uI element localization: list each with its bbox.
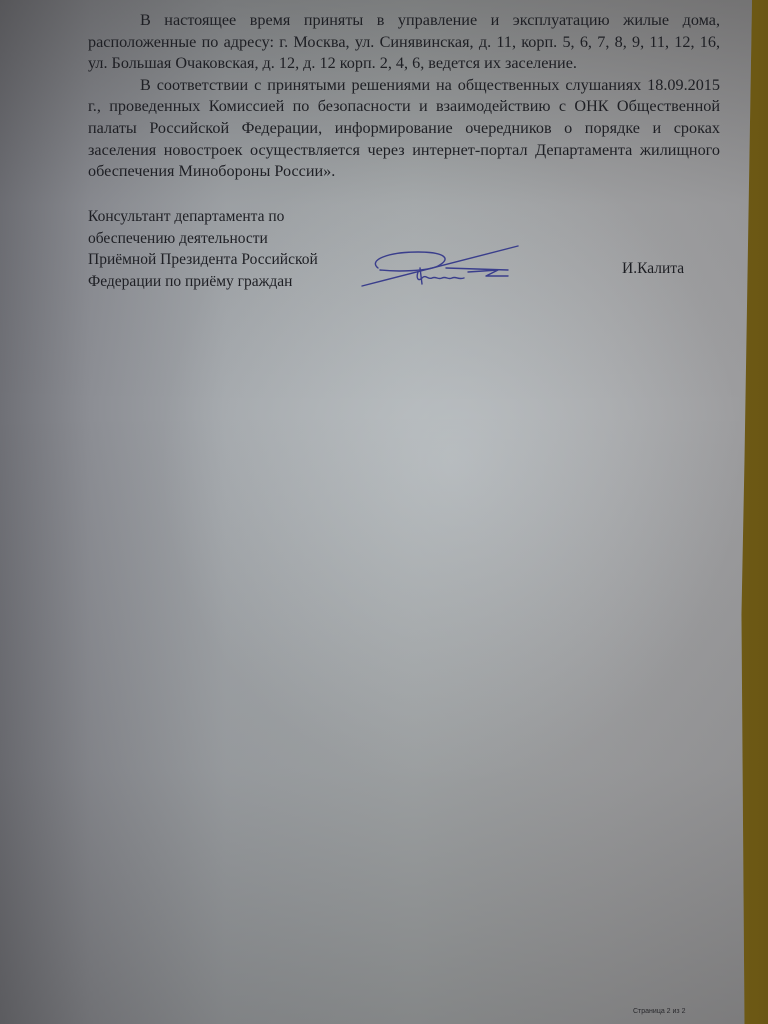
signatory-title-line: Федерации по приёму граждан bbox=[88, 271, 388, 293]
signatory-name: И.Калита bbox=[622, 260, 684, 278]
photo-stage: В настоящее время приняты в управление и… bbox=[0, 0, 768, 1024]
document-body: В настоящее время приняты в управление и… bbox=[88, 10, 720, 183]
paragraph-housing-addresses: В настоящее время приняты в управление и… bbox=[88, 10, 720, 75]
page-number: Страница 2 из 2 bbox=[633, 1008, 685, 1015]
signatory-title-line: обеспечению деятельности bbox=[88, 228, 388, 250]
signatory-title-line: Приёмной Президента Российской bbox=[88, 249, 388, 271]
paragraph-public-hearings: В соответствии с принятыми решениями на … bbox=[88, 75, 720, 183]
signatory-title: Консультант департамента по обеспечению … bbox=[88, 206, 388, 292]
signature-icon bbox=[358, 238, 528, 288]
signatory-title-line: Консультант департамента по bbox=[88, 206, 388, 228]
